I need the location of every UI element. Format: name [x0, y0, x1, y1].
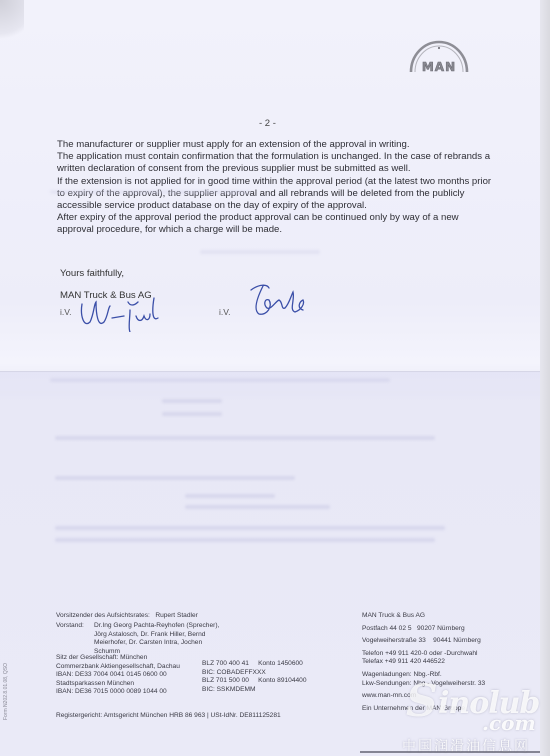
- bank-2-blz: BLZ 701 500 00 Konto 89104400: [202, 677, 342, 686]
- watermark-s: S: [406, 676, 438, 727]
- address-phone: Telefon +49 911 420-0 oder -Durchwahl: [362, 650, 542, 659]
- address-wagon-delivery: Wagenladungen: Nbg.-Rbf.: [362, 671, 542, 680]
- address-po-box: Postfach 44 02 5 90207 Nürnberg: [362, 625, 542, 634]
- register-info: Registergericht: Amtsgericht München HRB…: [56, 712, 281, 721]
- bleed-through-line: [200, 250, 320, 254]
- bank-1-name: Commerzbank Aktiengesellschaft, Dachau: [56, 663, 206, 672]
- bank-1-iban: IBAN: DE33 7004 0041 0145 0600 00: [56, 671, 206, 680]
- bleed-through-line: [55, 526, 445, 530]
- letter-body: The manufacturer or supplier must apply …: [57, 139, 497, 237]
- signature-2-icon: [245, 276, 315, 320]
- bleed-through-line: [55, 538, 435, 542]
- bleed-through-line: [185, 494, 275, 498]
- bleed-through-line: [55, 436, 435, 440]
- company-seat: Sitz der Gesellschaft: München: [56, 654, 206, 663]
- board-label: Vorstand:: [56, 622, 94, 631]
- bank-1-bic: BIC: COBADEFFXXX: [202, 669, 342, 678]
- supervisory-board-chair: Vorsitzender des Aufsichtsrates: Rupert …: [56, 612, 198, 621]
- bank-2-name: Stadtsparkassen München: [56, 680, 206, 689]
- address-street: Vogelweiherstraße 33 90441 Nürnberg: [362, 637, 542, 646]
- bank-1-blz: BLZ 700 400 41 Konto 1450600: [202, 660, 342, 669]
- closing-salutation: Yours faithfully,: [60, 268, 124, 280]
- address-company: MAN Truck & Bus AG: [362, 612, 542, 621]
- company-seat-bank-info: Sitz der Gesellschaft: München Commerzba…: [56, 654, 206, 697]
- address-fax: Telefax +49 911 420 446522: [362, 658, 542, 667]
- bank-2-bic: BIC: SSKMDEMM: [202, 686, 342, 695]
- page-number: - 2 -: [259, 118, 276, 129]
- watermark-chinese: 中国润滑油信息网: [402, 736, 530, 756]
- logo-text: MAN: [411, 60, 467, 74]
- bleed-through-line: [162, 412, 222, 416]
- bleed-through-line: [185, 505, 330, 509]
- watermark-underline: [360, 751, 540, 753]
- page-corner-shadow: [0, 0, 24, 50]
- bank-codes: BLZ 700 400 41 Konto 1450600 BIC: COBADE…: [202, 660, 342, 694]
- bank-2-iban: IBAN: DE36 7015 0000 0089 1044 00: [56, 688, 206, 697]
- chair-name: Rupert Stadler: [155, 612, 198, 619]
- watermark-domain: .com: [482, 711, 536, 735]
- signature-1-icon: [78, 288, 188, 332]
- page-fold: [0, 371, 540, 372]
- paragraph: The manufacturer or supplier must apply …: [57, 139, 497, 151]
- signatory-prefix: i.V.: [60, 307, 72, 317]
- signatory-prefix: i.V.: [219, 307, 231, 317]
- paragraph: The application must contain confirmatio…: [57, 151, 497, 175]
- page-fold-shadow: [0, 372, 540, 402]
- bleed-through-line: [50, 190, 250, 194]
- chair-label: Vorsitzender des Aufsichtsrates:: [56, 612, 150, 619]
- bleed-through-line: [55, 476, 295, 480]
- executive-board: Vorstand: Dr.Ing Georg Pachta-Reyhofen (…: [56, 622, 94, 631]
- paragraph: After expiry of the approval period the …: [57, 212, 497, 236]
- form-id: Form N202.8.01.08, QSO: [3, 663, 9, 720]
- board-names: Dr.Ing Georg Pachta-Reyhofen (Sprecher),…: [94, 622, 224, 656]
- letter-page: MAN - 2 - The manufacturer or supplier m…: [0, 0, 550, 756]
